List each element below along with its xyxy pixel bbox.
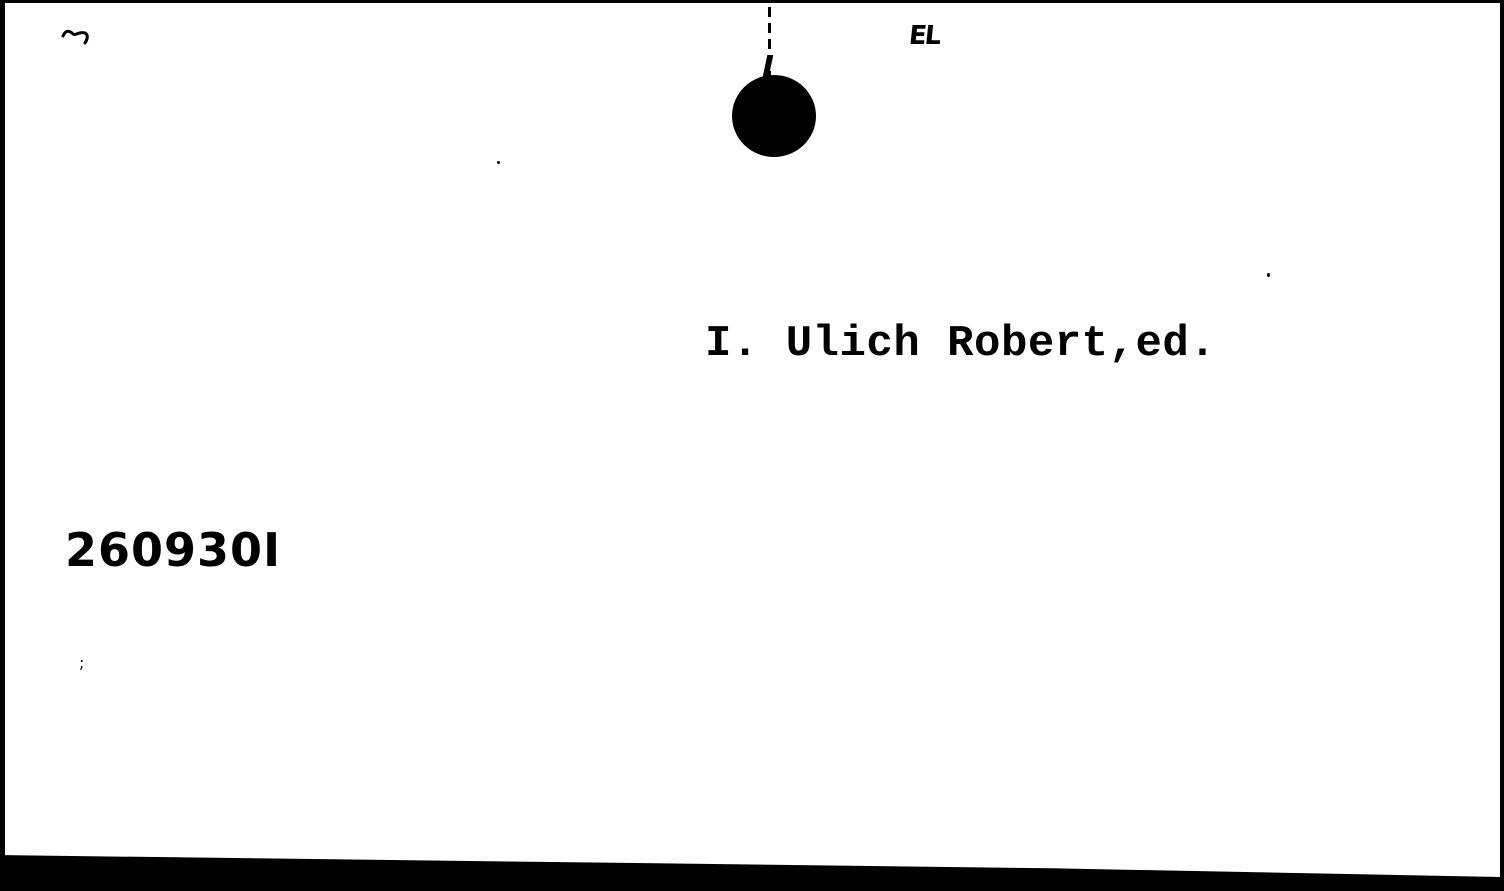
scan-left-border <box>0 0 5 891</box>
added-entry-heading: I. Ulich Robert,ed. <box>705 319 1216 369</box>
punch-hole <box>732 75 816 157</box>
punch-slit-tail <box>763 55 774 77</box>
handwritten-squiggle-icon <box>61 27 91 47</box>
call-number: 260930I <box>65 523 281 577</box>
scan-top-border <box>0 0 1504 3</box>
catalog-card: EL I. Ulich Robert,ed. 260930I ; <box>5 3 1500 877</box>
handwritten-initials: EL <box>907 21 940 51</box>
scan-right-border <box>1500 0 1504 891</box>
stray-ink-mark: ; <box>79 653 84 672</box>
dust-speck <box>497 161 500 164</box>
dust-speck <box>1267 273 1270 277</box>
